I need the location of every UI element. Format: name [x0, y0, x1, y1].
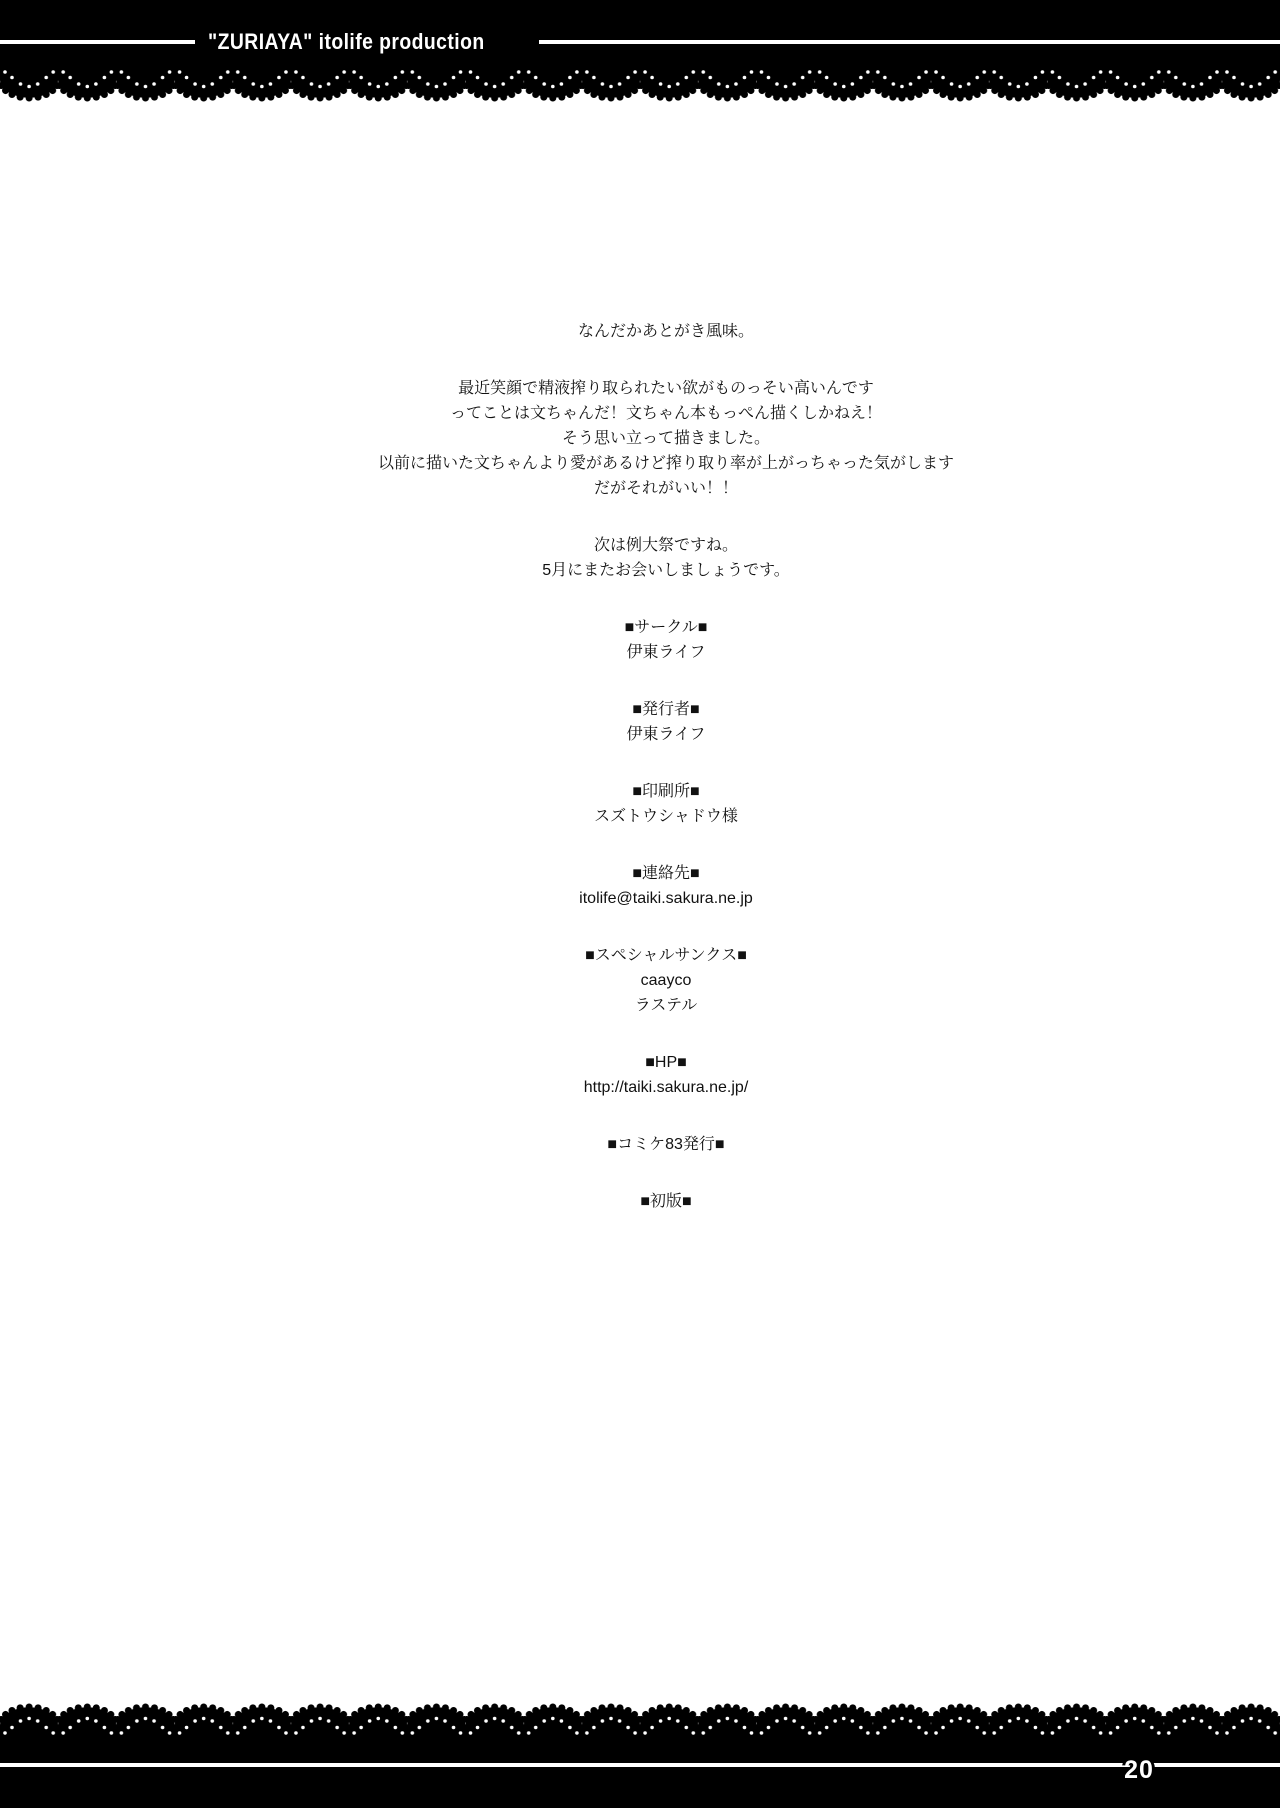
afterword-closing: 次は例大祭ですね。 5月にまたお会いしましょうです。 [26, 533, 1280, 583]
credit-label: ■HP■ [26, 1050, 1280, 1075]
credit-value: スズトウシャドウ様 [26, 804, 1280, 829]
credit-value: 伊東ライフ [26, 722, 1280, 747]
page-number: 20 [1106, 1757, 1172, 1783]
afterword-line: 次は例大祭ですね。 [26, 533, 1280, 558]
header-rule-right [539, 40, 1280, 44]
credit-section-contact: ■連絡先■ itolife@taiki.sakura.ne.jp [26, 861, 1280, 911]
credit-section-hp: ■HP■ http://taiki.sakura.ne.jp/ [26, 1050, 1280, 1100]
credit-section-edition: ■初版■ [26, 1189, 1280, 1214]
credit-label: ■初版■ [26, 1189, 1280, 1214]
header: "ZURIAYA" itolife production [0, 0, 1280, 62]
page-title: "ZURIAYA" itolife production [208, 31, 524, 54]
afterword-line: なんだかあとがき風味。 [26, 319, 1280, 344]
bottom-lace-border [0, 1703, 1280, 1745]
credit-label: ■サークル■ [26, 615, 1280, 640]
credit-label: ■印刷所■ [26, 779, 1280, 804]
credit-value-email: itolife@taiki.sakura.ne.jp [26, 886, 1280, 911]
afterword-content: なんだかあとがき風味。 最近笑顔で精液搾り取られたい欲がものっそい高いんです っ… [26, 319, 1280, 1246]
footer-rule [0, 1763, 1280, 1767]
afterword-body: 最近笑顔で精液搾り取られたい欲がものっそい高いんです ってことは文ちゃんだ！文ち… [26, 376, 1280, 501]
credit-value: ラステル [26, 993, 1280, 1018]
page-title-text: "ZURIAYA" itolife production [208, 31, 485, 53]
afterword-line: そう思い立って描きました。 [26, 426, 1280, 451]
credit-label: ■コミケ83発行■ [26, 1132, 1280, 1157]
credit-value-url: http://taiki.sakura.ne.jp/ [26, 1075, 1280, 1100]
credit-value: caayco [26, 968, 1280, 993]
credit-value: 伊東ライフ [26, 640, 1280, 665]
afterword-line: 5月にまたお会いしましょうです。 [26, 558, 1280, 583]
bottom-band [0, 1744, 1280, 1808]
afterword-line: だがそれがいい！！ [26, 476, 1280, 501]
credit-section-event: ■コミケ83発行■ [26, 1132, 1280, 1157]
credit-label: ■連絡先■ [26, 861, 1280, 886]
afterword-intro: なんだかあとがき風味。 [26, 319, 1280, 344]
credit-section-printer: ■印刷所■ スズトウシャドウ様 [26, 779, 1280, 829]
afterword-line: ってことは文ちゃんだ！文ちゃん本もっぺん描くしかねえ！ [26, 401, 1280, 426]
credit-label: ■発行者■ [26, 697, 1280, 722]
credit-label: ■スペシャルサンクス■ [26, 943, 1280, 968]
credit-section-special-thanks: ■スペシャルサンクス■ caayco ラステル [26, 943, 1280, 1018]
header-rule-left [0, 40, 195, 44]
afterword-line: 以前に描いた文ちゃんより愛があるけど搾り取り率が上がっちゃった気がします [26, 451, 1280, 476]
top-lace-border [0, 60, 1280, 102]
afterword-line: 最近笑顔で精液搾り取られたい欲がものっそい高いんです [26, 376, 1280, 401]
credit-section-publisher: ■発行者■ 伊東ライフ [26, 697, 1280, 747]
credit-section-circle: ■サークル■ 伊東ライフ [26, 615, 1280, 665]
